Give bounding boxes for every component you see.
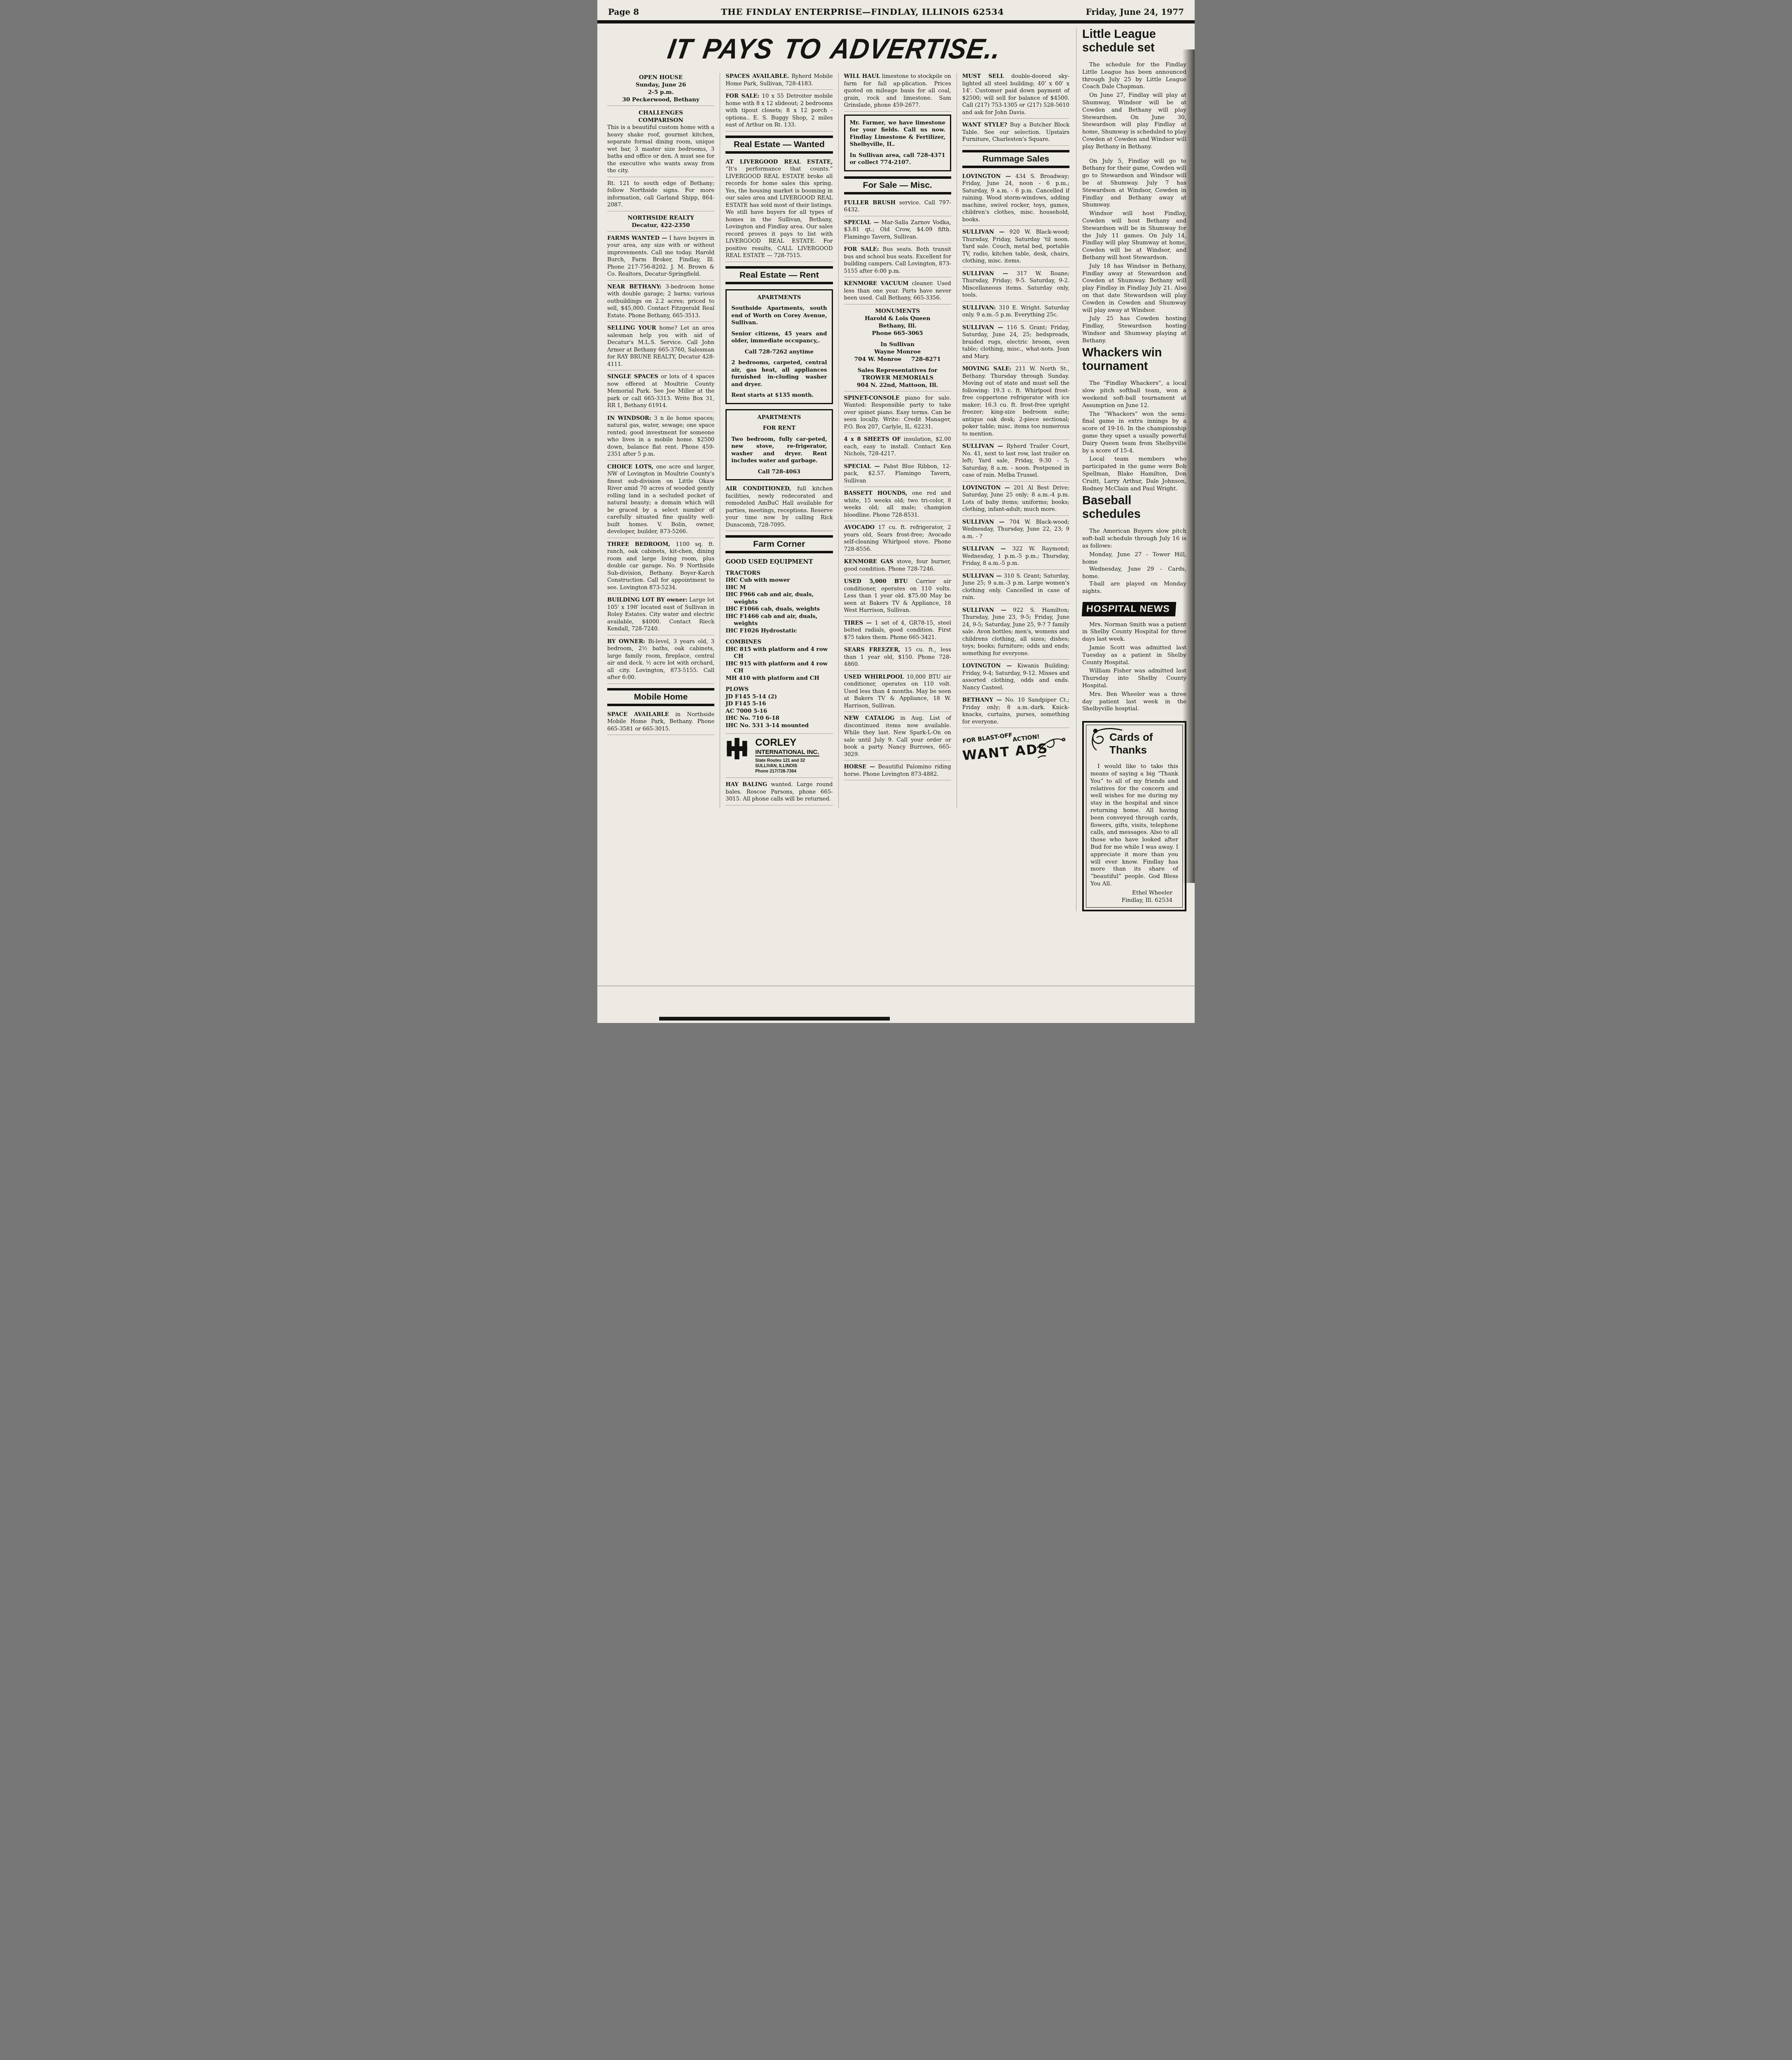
centered-ad-line: Wayne Monroe bbox=[844, 348, 951, 356]
news-paragraph: July 25 has Cowden hosting Findlay, Stew… bbox=[1082, 315, 1186, 344]
equipment-item: JD F145 5-16 bbox=[725, 700, 833, 708]
equipment-list: GOOD USED EQUIPMENTTRACTORSIHC Cub with … bbox=[725, 558, 833, 729]
classified-ad-lead: BETHANY — bbox=[962, 697, 1002, 703]
equipment-item: IHC 815 with platform and 4 row CH bbox=[725, 646, 833, 660]
equipment-item: IHC M bbox=[725, 584, 833, 592]
news-paragraph: On June 27, Findlay will play at Shumway… bbox=[1082, 92, 1186, 150]
news-paragraph: Local team members who participated in t… bbox=[1082, 456, 1186, 492]
classified-ad: AVOCADO 17 cu. ft. refrigerator, 2 years… bbox=[844, 524, 951, 555]
classified-column-4: MUST SELL double-doored sky-lighted all … bbox=[957, 73, 1069, 808]
equipment-group-title: COMBINES bbox=[725, 639, 833, 646]
news-paragraph: Monday, June 27 - Tower Hill, home bbox=[1082, 551, 1186, 566]
classified-column-3: WILL HAUL limestone to stockpile on farm… bbox=[838, 73, 951, 808]
classified-ad-lead: SELLING YOUR bbox=[607, 325, 656, 331]
classified-ad-lead: SULLIVAN — bbox=[962, 325, 1003, 331]
equipment-heading: GOOD USED EQUIPMENT bbox=[725, 558, 833, 566]
classified-ad-lead: FOR SALE: bbox=[725, 93, 759, 99]
centered-ad-line: 704 W. Monroe 728-8271 bbox=[844, 356, 951, 363]
equipment-item: IHC No. 531 3-14 mounted bbox=[725, 722, 833, 730]
classified-ad-lead: SULLIVAN — bbox=[962, 573, 1002, 579]
boxed-ad-line: 2 bedrooms, carpeted, central air, gas h… bbox=[731, 359, 827, 388]
centered-ad-line: NORTHSIDE REALTY bbox=[607, 214, 714, 222]
classified-ad: SEARS FREEZER, 15 cu. ft., less than 1 y… bbox=[844, 646, 951, 671]
masthead: THE FINDLAY ENTERPRISE—FINDLAY, ILLINOIS… bbox=[721, 7, 1004, 17]
signature-line: Findlay, Ill. 62534 bbox=[1090, 897, 1172, 904]
news-headline: Whackers wintournament bbox=[1082, 346, 1186, 373]
classified-ad: FARMS WANTED — I have buyers in your are… bbox=[607, 235, 714, 281]
section-header: Real Estate — Rent bbox=[725, 266, 833, 284]
boxed-ad: APARTMENTSSouthside Apartments, south en… bbox=[725, 289, 833, 404]
equipment-item: IHC F1466 cab and air, duals, weights bbox=[725, 613, 833, 627]
classified-ad: SPECIAL — Pabst Blue Ribbon, 12-pack, $2… bbox=[844, 463, 951, 487]
centered-ad: OPEN HOUSESunday, June 262-5 p.m.30 Peck… bbox=[607, 74, 714, 106]
boxed-ad-line: Southside Apartments, south end of Worth… bbox=[731, 305, 827, 327]
cards-of-thanks-box: Cards of ThanksI would like to take this… bbox=[1082, 721, 1186, 911]
classified-ad-lead: LOVINGTON — bbox=[962, 485, 1010, 491]
classified-ad-body: This is a beautiful custom home with a h… bbox=[607, 124, 714, 175]
boxed-ad-line: Two bedroom, fully car-peted, new stove,… bbox=[731, 436, 827, 465]
classified-ad-lead: AT LIVERGOOD REAL ESTATE, bbox=[725, 159, 833, 165]
news-headline-line: schedule set bbox=[1082, 41, 1186, 55]
classified-ad-lead: THREE BEDROOM, bbox=[607, 541, 670, 548]
main-headline: IT PAYS TO ADVERTISE.. bbox=[609, 32, 1060, 65]
headed-ad: CHALLENGESCOMPARISONThis is a beautiful … bbox=[607, 109, 714, 177]
centered-ad-line: Sunday, June 26 bbox=[607, 81, 714, 89]
classified-area: IT PAYS TO ADVERTISE.. OPEN HOUSESunday,… bbox=[607, 28, 1069, 911]
equipment-item: IHC F966 cab and air, duals, weights bbox=[725, 591, 833, 606]
classified-ad-lead: SPACES AVAILABLE. bbox=[725, 73, 789, 80]
news-paragraph: The American Buyers slow pitch soft-ball… bbox=[1082, 528, 1186, 550]
dealer-ad-text: CORLEYINTERNATIONAL INC.State Routes 121… bbox=[755, 738, 819, 774]
section-header: Mobile Home bbox=[607, 688, 714, 706]
classified-ad-lead: SULLIVAN — bbox=[962, 607, 1006, 613]
dealer-address-line: SULLIVAN, ILLINOIS bbox=[755, 763, 819, 769]
equipment-item: JD F145 5-14 (2) bbox=[725, 693, 833, 701]
classified-ad: SPECIAL — Mar-Salla Zarnov Vodka, $3.81 … bbox=[844, 219, 951, 243]
classified-ad-lead: SPECIAL — bbox=[844, 463, 880, 470]
news-headline-line: Whackers win bbox=[1082, 346, 1186, 360]
hospital-news-banner: HOSPITAL NEWS bbox=[1082, 602, 1176, 616]
classified-ad: WILL HAUL limestone to stockpile on farm… bbox=[844, 73, 951, 112]
classified-ad-lead: SULLIVAN — bbox=[962, 519, 1005, 525]
classified-ad-lead: KENMORE GAS bbox=[844, 559, 894, 565]
spacer bbox=[844, 363, 951, 367]
news-headline-line: Baseball schedules bbox=[1082, 494, 1186, 521]
ih-logo bbox=[725, 738, 751, 761]
centered-ad-line: Harold & Lois Queen bbox=[844, 315, 951, 322]
classified-ad: USED WHIRLPOOL 10,000 BTU air conditione… bbox=[844, 674, 951, 712]
classified-ad-lead: SPACE AVAILABLE bbox=[607, 712, 669, 718]
classified-ad: SPINET-CONSOLE piano for sale. Wanted: R… bbox=[844, 395, 951, 433]
classified-ad: THREE BEDROOM, 1100 sq. ft. ranch, oak c… bbox=[607, 541, 714, 594]
boxed-ad-line: In Sullivan area, call 728-4371 or colle… bbox=[850, 152, 945, 166]
classified-ad-lead: KENMORE VACUUM bbox=[844, 281, 909, 287]
equipment-item: IHC No. 710 6-18 bbox=[725, 715, 833, 722]
classified-ad-lead: NEW CATALOG bbox=[844, 715, 895, 721]
classified-ad-lead: FOR SALE: bbox=[844, 246, 879, 253]
classified-ad: KENMORE GAS stove, four burner, good con… bbox=[844, 558, 951, 575]
classified-ad-lead: SULLIVAN — bbox=[962, 443, 1003, 449]
classified-ad: MUST SELL double-doored sky-lighted all … bbox=[962, 73, 1069, 119]
classified-ad-lead: MUST SELL bbox=[962, 73, 1004, 80]
dealer-name-line2: INTERNATIONAL INC. bbox=[755, 749, 819, 756]
classified-ad: SELLING YOUR home? Let an area salesman … bbox=[607, 325, 714, 370]
headed-ad-title-line: CHALLENGES bbox=[607, 109, 714, 117]
news-headline: Little Leagueschedule set bbox=[1082, 28, 1186, 55]
classified-ad: AIR CONDITIONED, full kitchen facilities… bbox=[725, 485, 833, 531]
classified-ad-lead: LOVINGTON — bbox=[962, 173, 1011, 180]
boxed-ad-line: Mr. Farmer, we have limestone for your f… bbox=[850, 119, 945, 148]
classified-ad-lead: FULLER BRUSH bbox=[844, 200, 896, 206]
classified-ad: SULLIVAN — 310 S. Grant; Saturday, June … bbox=[962, 573, 1069, 604]
centered-ad-line: 30 Peckerwood, Bethany bbox=[607, 96, 714, 103]
scan-line bbox=[597, 986, 1195, 986]
classified-ad: SULLIVAN — 922 S. Hamilton; Thursday, Ju… bbox=[962, 607, 1069, 660]
equipment-item: MH 410 with platform and CH bbox=[725, 675, 833, 682]
news-paragraph: The “Findlay Whackers”, a local slow pit… bbox=[1082, 380, 1186, 409]
news-paragraph: Mrs. Norman Smith was a patient in Shelb… bbox=[1082, 621, 1186, 643]
classified-ad: SULLIVAN — 317 W. Roane; Thursday, Frida… bbox=[962, 270, 1069, 302]
classified-ad: SULLIVAN: 310 E. Wright. Saturday only. … bbox=[962, 304, 1069, 321]
centered-ad-line: 2-5 p.m. bbox=[607, 89, 714, 96]
classified-ad-lead: BASSETT HOUNDS, bbox=[844, 490, 908, 496]
centered-ad-line: MONUMENTS bbox=[844, 307, 951, 315]
classified-ad-lead: FARMS WANTED — bbox=[607, 235, 667, 241]
news-paragraph: William Fisher was admitted last Thursda… bbox=[1082, 667, 1186, 689]
news-paragraph: Windsor will host Findlay, Cowden will h… bbox=[1082, 210, 1186, 262]
classified-ad: BY OWNER: Bi-level, 3 years old, 3 bedro… bbox=[607, 638, 714, 684]
classified-ad-lead: SINGLE SPACES bbox=[607, 374, 658, 380]
classified-ad: Rt. 121 to south edge of Bethany; follow… bbox=[607, 180, 714, 211]
news-headline-line: Little League bbox=[1082, 28, 1186, 41]
newspaper-page: Page 8 THE FINDLAY ENTERPRISE—FINDLAY, I… bbox=[597, 0, 1195, 1023]
classified-ad: AT LIVERGOOD REAL ESTATE, “It's performa… bbox=[725, 159, 833, 262]
news-paragraph: Jamie Scott was admitted last Tuesday as… bbox=[1082, 644, 1186, 666]
classified-ad-lead: AIR CONDITIONED, bbox=[725, 486, 791, 492]
centered-ad-line: OPEN HOUSE bbox=[607, 74, 714, 81]
spacer bbox=[844, 337, 951, 341]
classified-ad: SULLIVAN — 704 W. Black-wood; Wednesday,… bbox=[962, 519, 1069, 543]
issue-date: Friday, June 24, 1977 bbox=[1086, 7, 1184, 17]
classified-ad-lead: SPECIAL — bbox=[844, 220, 879, 226]
want-ads-graphic: FOR BLAST-OFFACTION!WANT ADS bbox=[962, 734, 1069, 783]
classified-ad: FOR SALE: Bus seats. Both transit bus an… bbox=[844, 246, 951, 277]
scan-bottom-bar bbox=[659, 1017, 890, 1021]
boxed-ad-line: APARTMENTS bbox=[731, 414, 827, 421]
equipment-item: AC 7000 5-16 bbox=[725, 708, 833, 715]
classified-columns: OPEN HOUSESunday, June 262-5 p.m.30 Peck… bbox=[607, 73, 1069, 808]
equipment-item: IHC Cub with mower bbox=[725, 577, 833, 584]
boxed-ad-line: Call 728-4063 bbox=[731, 468, 827, 476]
classified-ad: SINGLE SPACES or lots of 4 spaces now of… bbox=[607, 373, 714, 412]
centered-ad-line: Decatur, 422-2350 bbox=[607, 222, 714, 229]
classified-ad-lead: SPINET-CONSOLE bbox=[844, 395, 900, 401]
news-paragraph: Mrs. Ben Wheeler was a three day patient… bbox=[1082, 691, 1186, 713]
classified-column-1: OPEN HOUSESunday, June 262-5 p.m.30 Peck… bbox=[607, 73, 714, 808]
page-number: Page 8 bbox=[608, 7, 639, 17]
dealer-address-line: Phone 217/728-7364 bbox=[755, 769, 819, 774]
classified-ad: TIRES — 1 set of 4, GR78-15, steel belte… bbox=[844, 620, 951, 644]
ih-logo-icon bbox=[725, 738, 749, 759]
classified-ad: SPACES AVAILABLE. Ryherd Mobile Home Par… bbox=[725, 73, 833, 90]
boxed-ad-line: FOR RENT bbox=[731, 425, 827, 432]
boxed-ad: APARTMENTSFOR RENTTwo bedroom, fully car… bbox=[725, 409, 833, 481]
flourish bbox=[1087, 726, 1123, 752]
classified-ad-lead: USED WHIRLPOOL bbox=[844, 674, 904, 680]
classified-ad-lead: BY OWNER: bbox=[607, 639, 645, 645]
classified-ad: IN WINDSOR: 3 n ile home spaces; natural… bbox=[607, 415, 714, 461]
classified-ad-lead: CHOICE LOTS, bbox=[607, 464, 653, 470]
classified-ad: SPACE AVAILABLE in Northside Mobile Home… bbox=[607, 711, 714, 735]
page-header: Page 8 THE FINDLAY ENTERPRISE—FINDLAY, I… bbox=[597, 0, 1195, 23]
news-column: Little Leagueschedule setThe schedule fo… bbox=[1076, 28, 1186, 911]
classified-ad: NEAR BETHANY: 3-bedroom home with double… bbox=[607, 283, 714, 322]
news-headline: Baseball schedules bbox=[1082, 494, 1186, 521]
classified-ad: LOVINGTON — 201 Al Best Drive; Saturday,… bbox=[962, 485, 1069, 516]
news-headline-line: tournament bbox=[1082, 360, 1186, 373]
classified-ad: HAY BALING wanted. Large round bales. Ro… bbox=[725, 781, 833, 805]
centered-ad-line: Sales Representatives for bbox=[844, 367, 951, 374]
boxed-ad: Mr. Farmer, we have limestone for your f… bbox=[844, 115, 951, 171]
classified-ad-lead: WANT STYLE? bbox=[962, 122, 1007, 128]
main-content: IT PAYS TO ADVERTISE.. OPEN HOUSESunday,… bbox=[597, 23, 1195, 911]
dealer-ad: CORLEYINTERNATIONAL INC.State Routes 121… bbox=[725, 733, 833, 778]
classified-ad-lead: SEARS FREEZER, bbox=[844, 647, 901, 653]
news-paragraph: July 18 has Windsor in Bethany, Findlay … bbox=[1082, 263, 1186, 314]
boxed-ad-line: Rent starts at $135 month. bbox=[731, 392, 827, 399]
equipment-item: IHC 915 with platform and 4 row CH bbox=[725, 660, 833, 675]
want-ads-slogan-line: FOR BLAST-OFF bbox=[962, 732, 1013, 745]
centered-ad-line: In Sullivan bbox=[844, 341, 951, 348]
classified-ad: HORSE — Beautiful Palomino riding horse.… bbox=[844, 763, 951, 780]
headed-ad-title-line: COMPARISON bbox=[607, 117, 714, 124]
section-header: Rummage Sales bbox=[962, 150, 1069, 168]
classified-ad: FULLER BRUSH service. Call 797-6432. bbox=[844, 199, 951, 216]
classified-column-2: SPACES AVAILABLE. Ryherd Mobile Home Par… bbox=[720, 73, 833, 808]
boxed-ad-line: Senior citizens, 45 years and older, imm… bbox=[731, 330, 827, 345]
paragraph-gap bbox=[1082, 152, 1186, 158]
boxed-ad-line: Call 728-7262 anytime bbox=[731, 349, 827, 356]
classified-ad: WANT STYLE? Buy a Butcher Block Table. S… bbox=[962, 122, 1069, 146]
dealer-name: CORLEY bbox=[755, 738, 819, 748]
classified-ad-lead: SULLIVAN: bbox=[962, 305, 996, 311]
equipment-item: IHC F1066 cab, duals, weights bbox=[725, 606, 833, 613]
section-header: For Sale — Misc. bbox=[844, 176, 951, 194]
classified-ad: SULLIVAN — Ryherd Trailer Court, No. 41,… bbox=[962, 443, 1069, 482]
news-paragraph: The “Whackers” won the semi-final game i… bbox=[1082, 411, 1186, 455]
equipment-item: IHC F1026 Hydrostatic bbox=[725, 627, 833, 635]
centered-ad-line: Bethany, Ill. bbox=[844, 322, 951, 330]
classified-ad: USED 5,000 BTU Carrier air conditioner, … bbox=[844, 578, 951, 617]
news-paragraph: T-ball are played on Monday nights. bbox=[1082, 581, 1186, 595]
classified-ad-lead: TIRES — bbox=[844, 620, 872, 626]
classified-ad: LOVINGTON — Kiwanis Building; Friday, 9-… bbox=[962, 662, 1069, 694]
cards-of-thanks-body: I would like to take this means of sayin… bbox=[1090, 763, 1178, 888]
classified-ad: SULLIVAN — 322 W. Raymond; Wednesday, 1 … bbox=[962, 545, 1069, 570]
centered-ad: NORTHSIDE REALTYDecatur, 422-2350 bbox=[607, 214, 714, 232]
classified-ad-lead: LOVINGTON — bbox=[962, 663, 1012, 669]
classified-ad-lead: BUILDING LOT BY owner: bbox=[607, 597, 688, 603]
classified-ad-lead: IN WINDSOR: bbox=[607, 415, 651, 421]
cards-of-thanks-signature: Ethel WheelerFindlay, Ill. 62534 bbox=[1090, 889, 1172, 904]
equipment-group-title: TRACTORS bbox=[725, 570, 833, 577]
classified-ad: SULLIVAN — 116 S. Grant; Friday, Saturda… bbox=[962, 324, 1069, 363]
classified-ad: SULLIVAN — 920 W. Black-wood; Thursday, … bbox=[962, 229, 1069, 267]
section-header: Farm Corner bbox=[725, 535, 833, 553]
classified-ad-lead: 4 x 8 SHEETS OF bbox=[844, 436, 901, 442]
equipment-group-title: PLOWS bbox=[725, 686, 833, 693]
centered-ad-line: TROWER MEMORIALS bbox=[844, 374, 951, 382]
classified-ad-lead: USED 5,000 BTU bbox=[844, 578, 908, 585]
classified-ad-lead: AVOCADO bbox=[844, 524, 875, 531]
news-paragraph: The schedule for the Findlay Little Leag… bbox=[1082, 61, 1186, 91]
classified-ad: BETHANY — No. 10 Sandpiper Ct.; Friday o… bbox=[962, 697, 1069, 728]
flourish-icon bbox=[1087, 726, 1123, 751]
classified-ad-lead: SULLIVAN — bbox=[962, 271, 1008, 277]
classified-ad: LOVINGTON — 434 S. Broadway; Friday, Jun… bbox=[962, 173, 1069, 226]
classified-ad-lead: MOVING SALE: bbox=[962, 366, 1011, 372]
classified-ad: KENMORE VACUUM cleaner. Used less than o… bbox=[844, 280, 951, 304]
classified-ad: FOR SALE: 10 x 55 Detroiter mobile home … bbox=[725, 93, 833, 131]
classified-ad-lead: NEAR BETHANY: bbox=[607, 284, 662, 290]
dealer-address-line: State Routes 121 and 32 bbox=[755, 758, 819, 763]
signature-line: Ethel Wheeler bbox=[1090, 889, 1172, 897]
classified-ad: NEW CATALOG in Aug. List of discontinued… bbox=[844, 715, 951, 761]
news-paragraph: On July 5, Findlay will go to Bethany fo… bbox=[1082, 158, 1186, 209]
classified-ad: BUILDING LOT BY owner: Large lot 105' x … bbox=[607, 597, 714, 635]
classified-ad-lead: WILL HAUL bbox=[844, 73, 880, 80]
classified-ad: BASSETT HOUNDS, one red and white, 15 we… bbox=[844, 490, 951, 521]
classified-ad: CHOICE LOTS, one acre and larger, NW of … bbox=[607, 463, 714, 538]
classified-ad: 4 x 8 SHEETS OF insulation, $2.00 each, … bbox=[844, 436, 951, 460]
centered-ad: MONUMENTSHarold & Lois QueenBethany, Ill… bbox=[844, 307, 951, 391]
section-header: Real Estate — Wanted bbox=[725, 136, 833, 154]
classified-ad-lead: SULLIVAN — bbox=[962, 546, 1006, 552]
classified-ad-lead: SULLIVAN — bbox=[962, 229, 1005, 235]
boxed-ad-line: APARTMENTS bbox=[731, 294, 827, 302]
classified-ad-lead: HORSE — bbox=[844, 764, 875, 770]
news-paragraph: Wednesday, June 29 - Cards, home. bbox=[1082, 566, 1186, 581]
classified-ad-lead: HAY BALING bbox=[725, 782, 767, 788]
centered-ad-line: 904 N. 22nd, Mattoon, Ill. bbox=[844, 382, 951, 389]
classified-ad: MOVING SALE: 211 W. North St., Bethany. … bbox=[962, 365, 1069, 440]
centered-ad-line: Phone 665-3065 bbox=[844, 330, 951, 337]
